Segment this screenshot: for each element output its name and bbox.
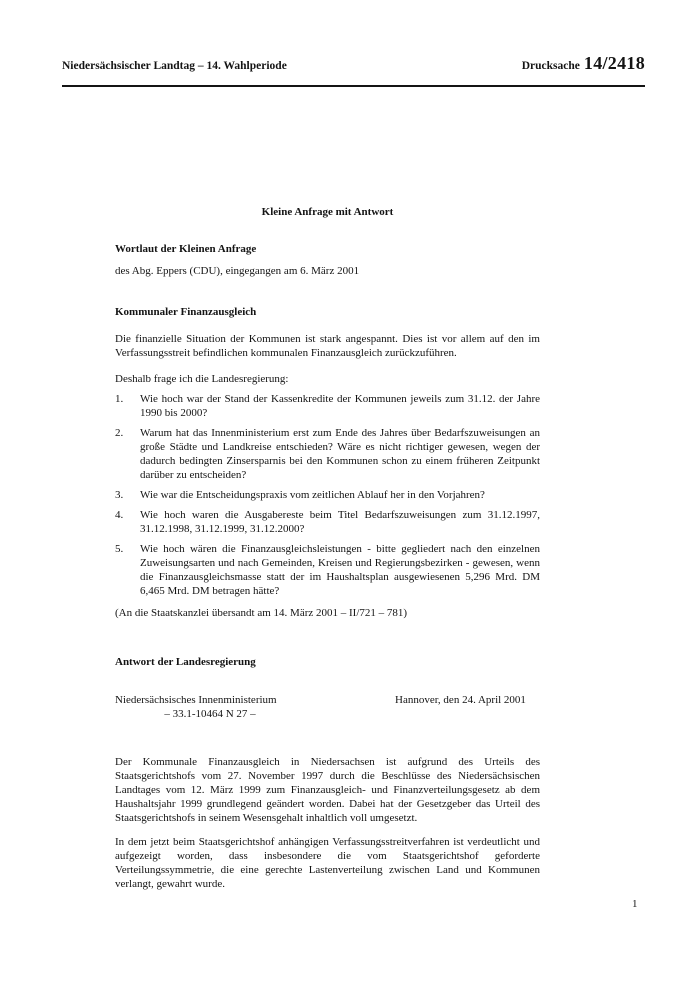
question-number: 4. bbox=[115, 508, 140, 536]
answer-section-heading: Antwort der Landesregierung bbox=[115, 655, 540, 669]
question-lead-in: Deshalb frage ich die Landesregierung: bbox=[115, 372, 540, 386]
question-intro-paragraph: Die finanzielle Situation der Kommunen i… bbox=[115, 332, 540, 360]
question-text: Wie war die Entscheidungspraxis vom zeit… bbox=[140, 488, 540, 502]
question-section-heading: Wortlaut der Kleinen Anfrage bbox=[115, 242, 540, 256]
place-and-date: Hannover, den 24. April 2001 bbox=[395, 693, 526, 707]
page-number: 1 bbox=[632, 897, 638, 911]
question-item: 1. Wie hoch war der Stand der Kassenkred… bbox=[115, 392, 540, 420]
document-body: Kleine Anfrage mit Antwort Wortlaut der … bbox=[115, 0, 540, 891]
question-text: Wie hoch waren die Ausgabereste beim Tit… bbox=[140, 508, 540, 536]
question-item: 3. Wie war die Entscheidungspraxis vom z… bbox=[115, 488, 540, 502]
drucksache-reference: Drucksache14/2418 bbox=[522, 56, 645, 73]
ministry-name: Niedersächsisches Innenministerium bbox=[115, 693, 277, 707]
question-number: 3. bbox=[115, 488, 140, 502]
question-item: 5. Wie hoch wären die Finanzausgleichsle… bbox=[115, 542, 540, 598]
question-byline: des Abg. Eppers (CDU), eingegangen am 6.… bbox=[115, 264, 540, 278]
question-list: 1. Wie hoch war der Stand der Kassenkred… bbox=[115, 392, 540, 598]
drucksache-number: 14/2418 bbox=[584, 53, 645, 73]
question-number: 1. bbox=[115, 392, 140, 420]
question-item: 4. Wie hoch waren die Ausgabereste beim … bbox=[115, 508, 540, 536]
question-subject: Kommunaler Finanzausgleich bbox=[115, 305, 540, 319]
question-number: 2. bbox=[115, 426, 140, 482]
document-title: Kleine Anfrage mit Antwort bbox=[115, 205, 540, 219]
question-text: Warum hat das Innenministerium erst zum … bbox=[140, 426, 540, 482]
answer-paragraph: Der Kommunale Finanzausgleich in Nieders… bbox=[115, 755, 540, 825]
question-text: Wie hoch war der Stand der Kassenkredite… bbox=[140, 392, 540, 420]
answer-paragraph: In dem jetzt beim Staatsgerichtshof anhä… bbox=[115, 835, 540, 891]
ministry-block: Niedersächsisches Innenministerium – 33.… bbox=[115, 693, 540, 721]
question-text: Wie hoch wären die Finanzausgleichsleist… bbox=[140, 542, 540, 598]
document-page: Niedersächsischer Landtag – 14. Wahlperi… bbox=[0, 0, 700, 990]
transmittal-note: (An die Staatskanzlei übersandt am 14. M… bbox=[115, 606, 540, 620]
question-number: 5. bbox=[115, 542, 140, 598]
question-item: 2. Warum hat das Innenministerium erst z… bbox=[115, 426, 540, 482]
ministry-reference: – 33.1-10464 N 27 – bbox=[115, 707, 305, 721]
